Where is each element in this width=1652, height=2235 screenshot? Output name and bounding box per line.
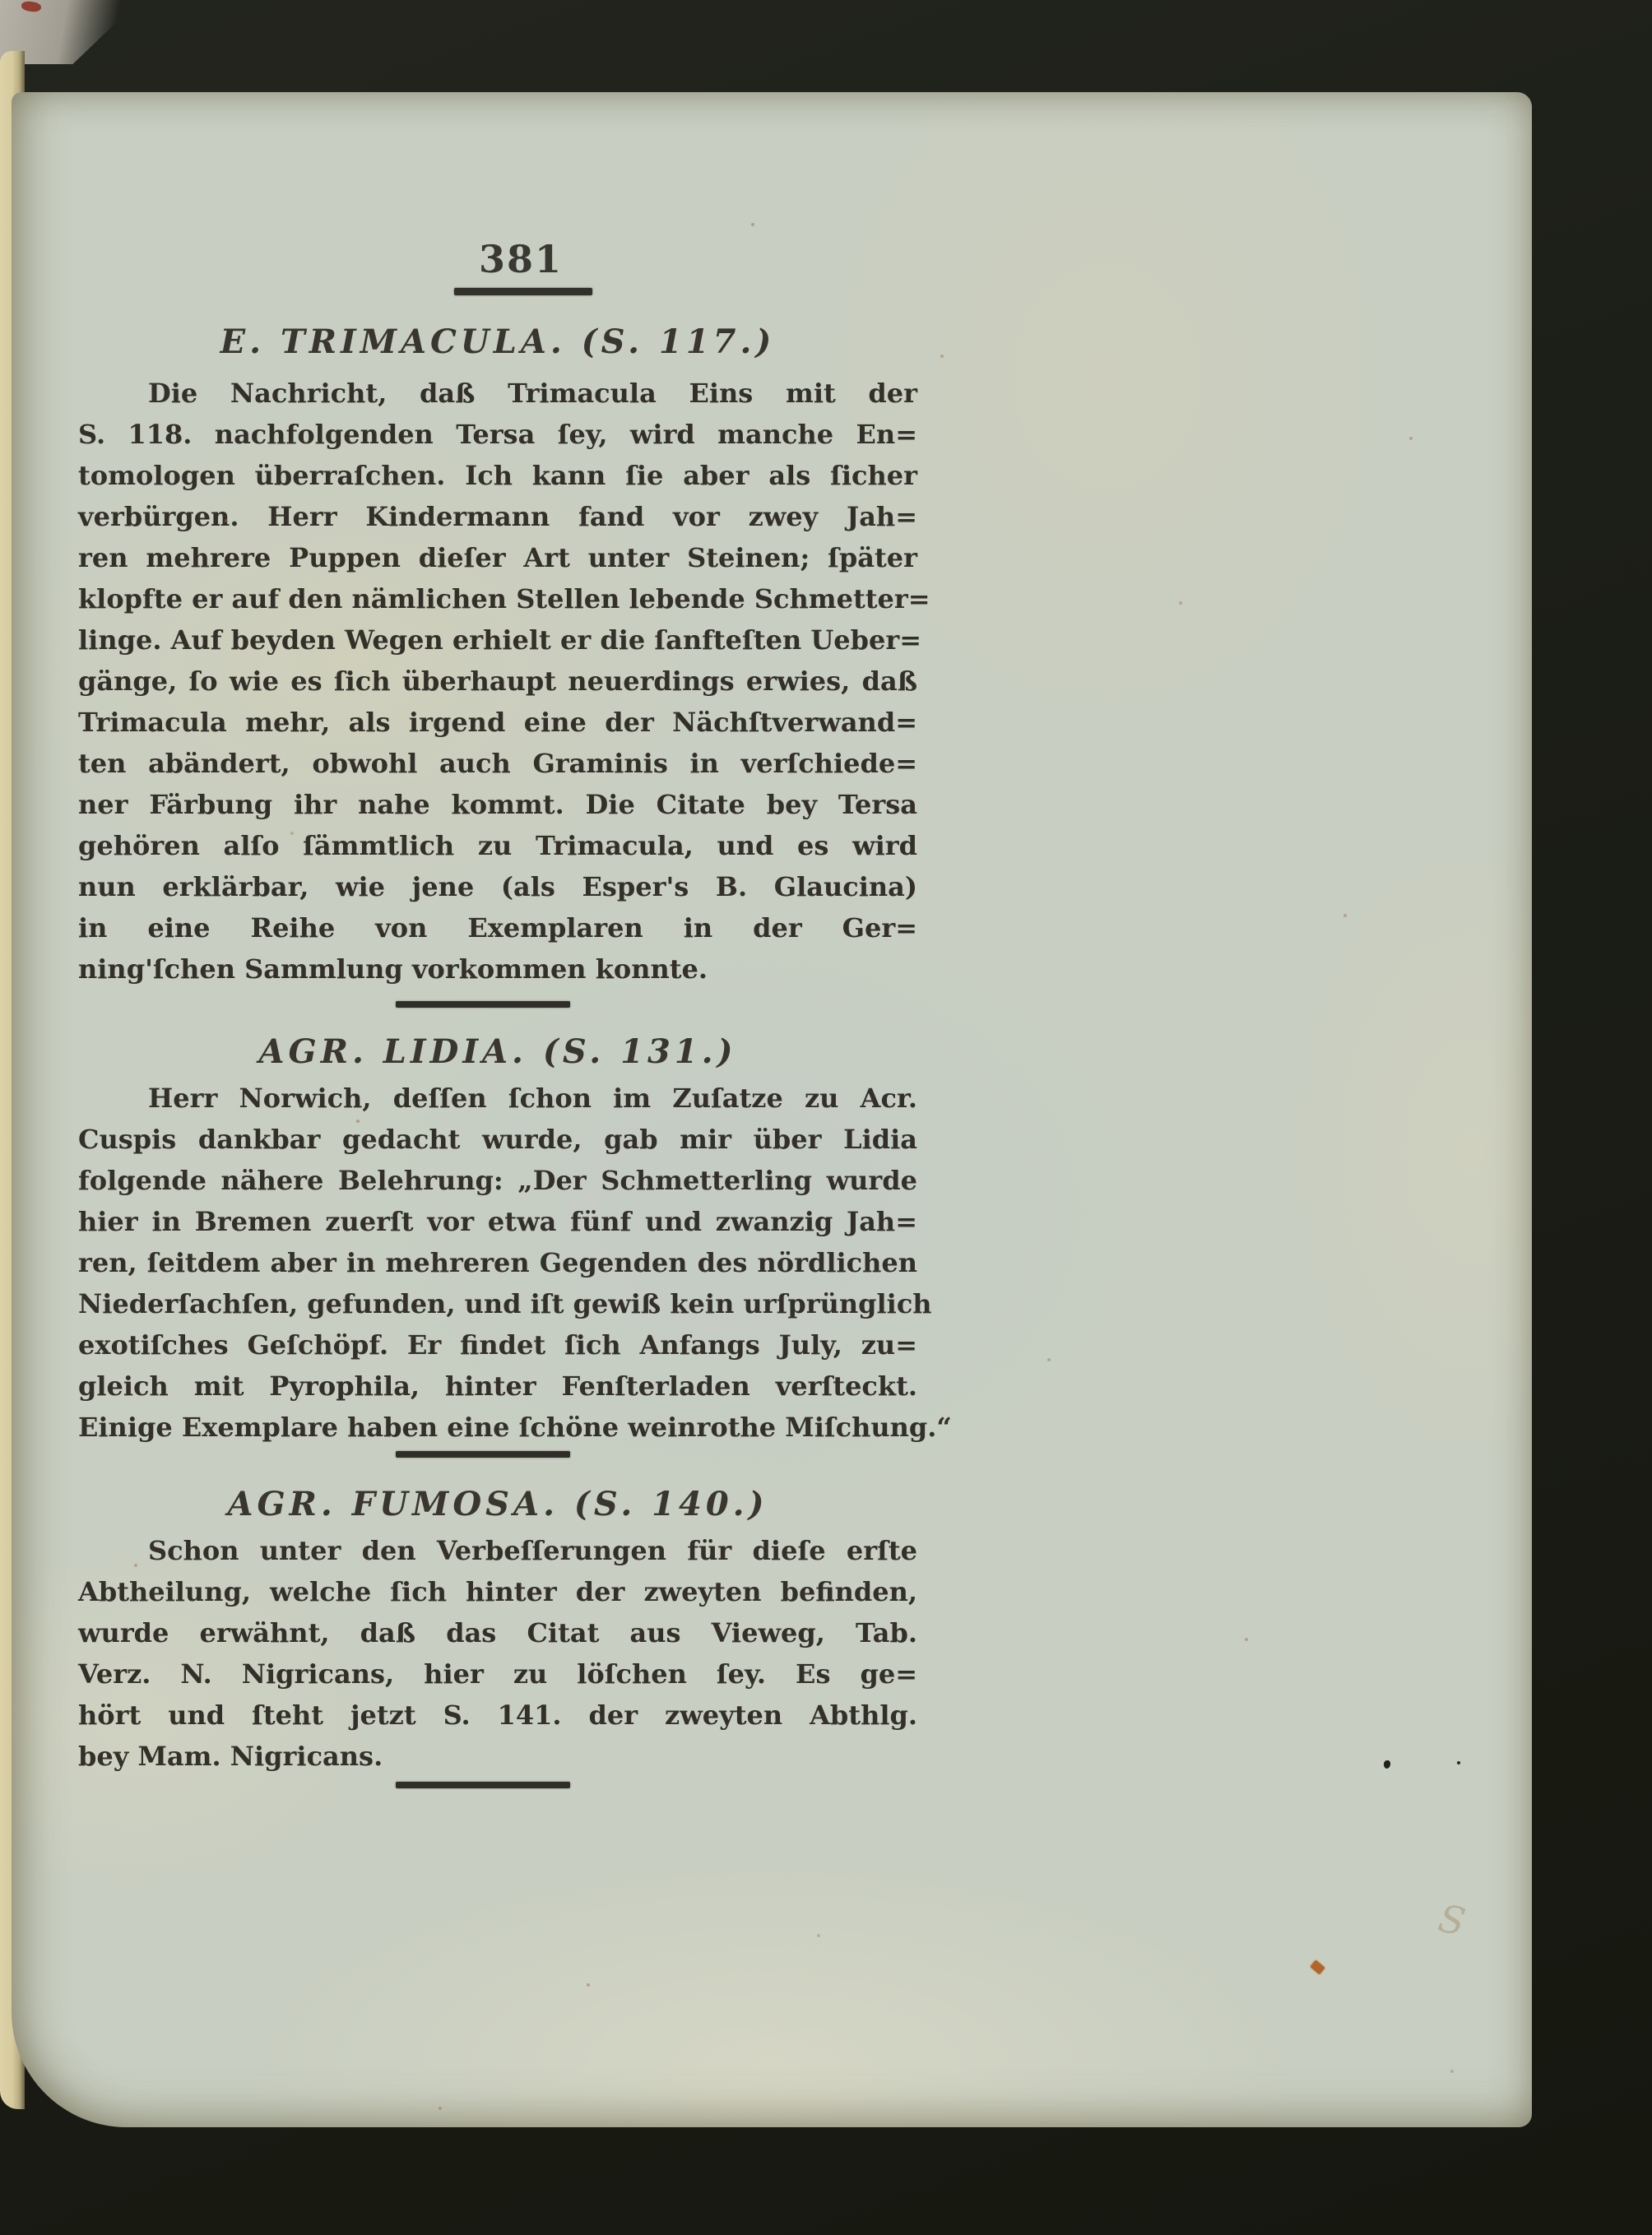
text-line: linge. Auf beyden Wegen erhielt er die ſ… [78, 619, 917, 661]
ink-fleck-small [1457, 1761, 1460, 1764]
section-divider [396, 1001, 570, 1008]
section-heading-lidia: AGR. LIDIA. (S. 131.) [78, 1032, 917, 1071]
section-heading-fumosa: AGR. FUMOSA. (S. 140.) [78, 1485, 917, 1523]
ink-fleck [1384, 1760, 1390, 1769]
text-line: wurde erwähnt, daß das Citat aus Vieweg,… [78, 1612, 917, 1653]
page-number: 381 [78, 237, 917, 281]
text-line: Verz. N. Nigricans, hier zu löſchen ſey.… [78, 1653, 917, 1695]
text-line: folgende nähere Belehrung: „Der Schmette… [78, 1160, 917, 1201]
text-line: ning'ſchen Sammlung vorkommen konnte. [78, 948, 917, 990]
section-heading-trimacula: E. TRIMACULA. (S. 117.) [78, 322, 917, 361]
text-line: gleich mit Pyrophila, hinter Fenſterlade… [78, 1366, 917, 1407]
paragraph-lidia: Herr Norwich, deſſen ſchon im Zuſatze zu… [78, 1078, 917, 1448]
orange-paper-speck [1310, 1959, 1325, 1974]
text-line: ner Färbung ihr nahe kommt. Die Citate b… [78, 784, 917, 825]
text-line: verbürgen. Herr Kindermann fand vor zwey… [78, 496, 917, 537]
text-line: gänge, ſo wie es ſich überhaupt neuerdin… [78, 661, 917, 702]
section-divider [396, 1782, 570, 1788]
text-line: S. 118. nachfolgenden Tersa ſey, wird ma… [78, 414, 917, 455]
paragraph-trimacula: Die Nachricht, daß Trimacula Eins mit de… [78, 373, 917, 990]
text-line: nun erklärbar, wie jene (als Esper's B. … [78, 866, 917, 907]
text-line: Trimacula mehr, als irgend eine der Näch… [78, 702, 917, 743]
text-line: Die Nachricht, daß Trimacula Eins mit de… [78, 373, 917, 414]
paper-specks [12, 92, 13, 94]
text-line: ten abändert, obwohl auch Graminis in ve… [78, 743, 917, 784]
ink-showthrough-glyph: S [1435, 1895, 1469, 1944]
text-line: ren, ſeitdem aber in mehreren Gegenden d… [78, 1242, 917, 1283]
paragraph-fumosa: Schon unter den Verbeſſerungen für dieſe… [78, 1530, 917, 1777]
text-line: ren mehrere Puppen dieſer Art unter Stei… [78, 537, 917, 578]
book-page: 381 E. TRIMACULA. (S. 117.) Die Nachrich… [12, 92, 1532, 2127]
text-line: Einige Exemplare haben eine ſchöne weinr… [78, 1407, 917, 1448]
text-line: Cuspis dankbar gedacht wurde, gab mir üb… [78, 1119, 917, 1160]
text-line: bey Mam. Nigricans. [78, 1736, 917, 1777]
text-line: Niederſachſen, gefunden, und iſt gewiß k… [78, 1283, 917, 1324]
text-line: exotiſches Geſchöpf. Er findet ſich Anfa… [78, 1324, 917, 1366]
text-line: hier in Bremen zuerſt vor etwa fünf und … [78, 1201, 917, 1242]
text-line: Abtheilung, welche ſich hinter der zweyt… [78, 1571, 917, 1612]
section-divider [396, 1451, 570, 1458]
text-line: Herr Norwich, deſſen ſchon im Zuſatze zu… [78, 1078, 917, 1119]
text-line: in eine Reihe von Exemplaren in der Ger= [78, 907, 917, 948]
scan-background: 381 E. TRIMACULA. (S. 117.) Die Nachrich… [0, 0, 1652, 2235]
text-line: Schon unter den Verbeſſerungen für dieſe… [78, 1530, 917, 1571]
text-line: tomologen überraſchen. Ich kann ſie aber… [78, 455, 917, 496]
text-line: klopfte er auf den nämlichen Stellen leb… [78, 578, 917, 619]
page-number-underline [454, 288, 592, 295]
text-line: gehören alſo ſämmtlich zu Trimacula, und… [78, 825, 917, 866]
text-line: hört und ſteht jetzt S. 141. der zweyten… [78, 1695, 917, 1736]
